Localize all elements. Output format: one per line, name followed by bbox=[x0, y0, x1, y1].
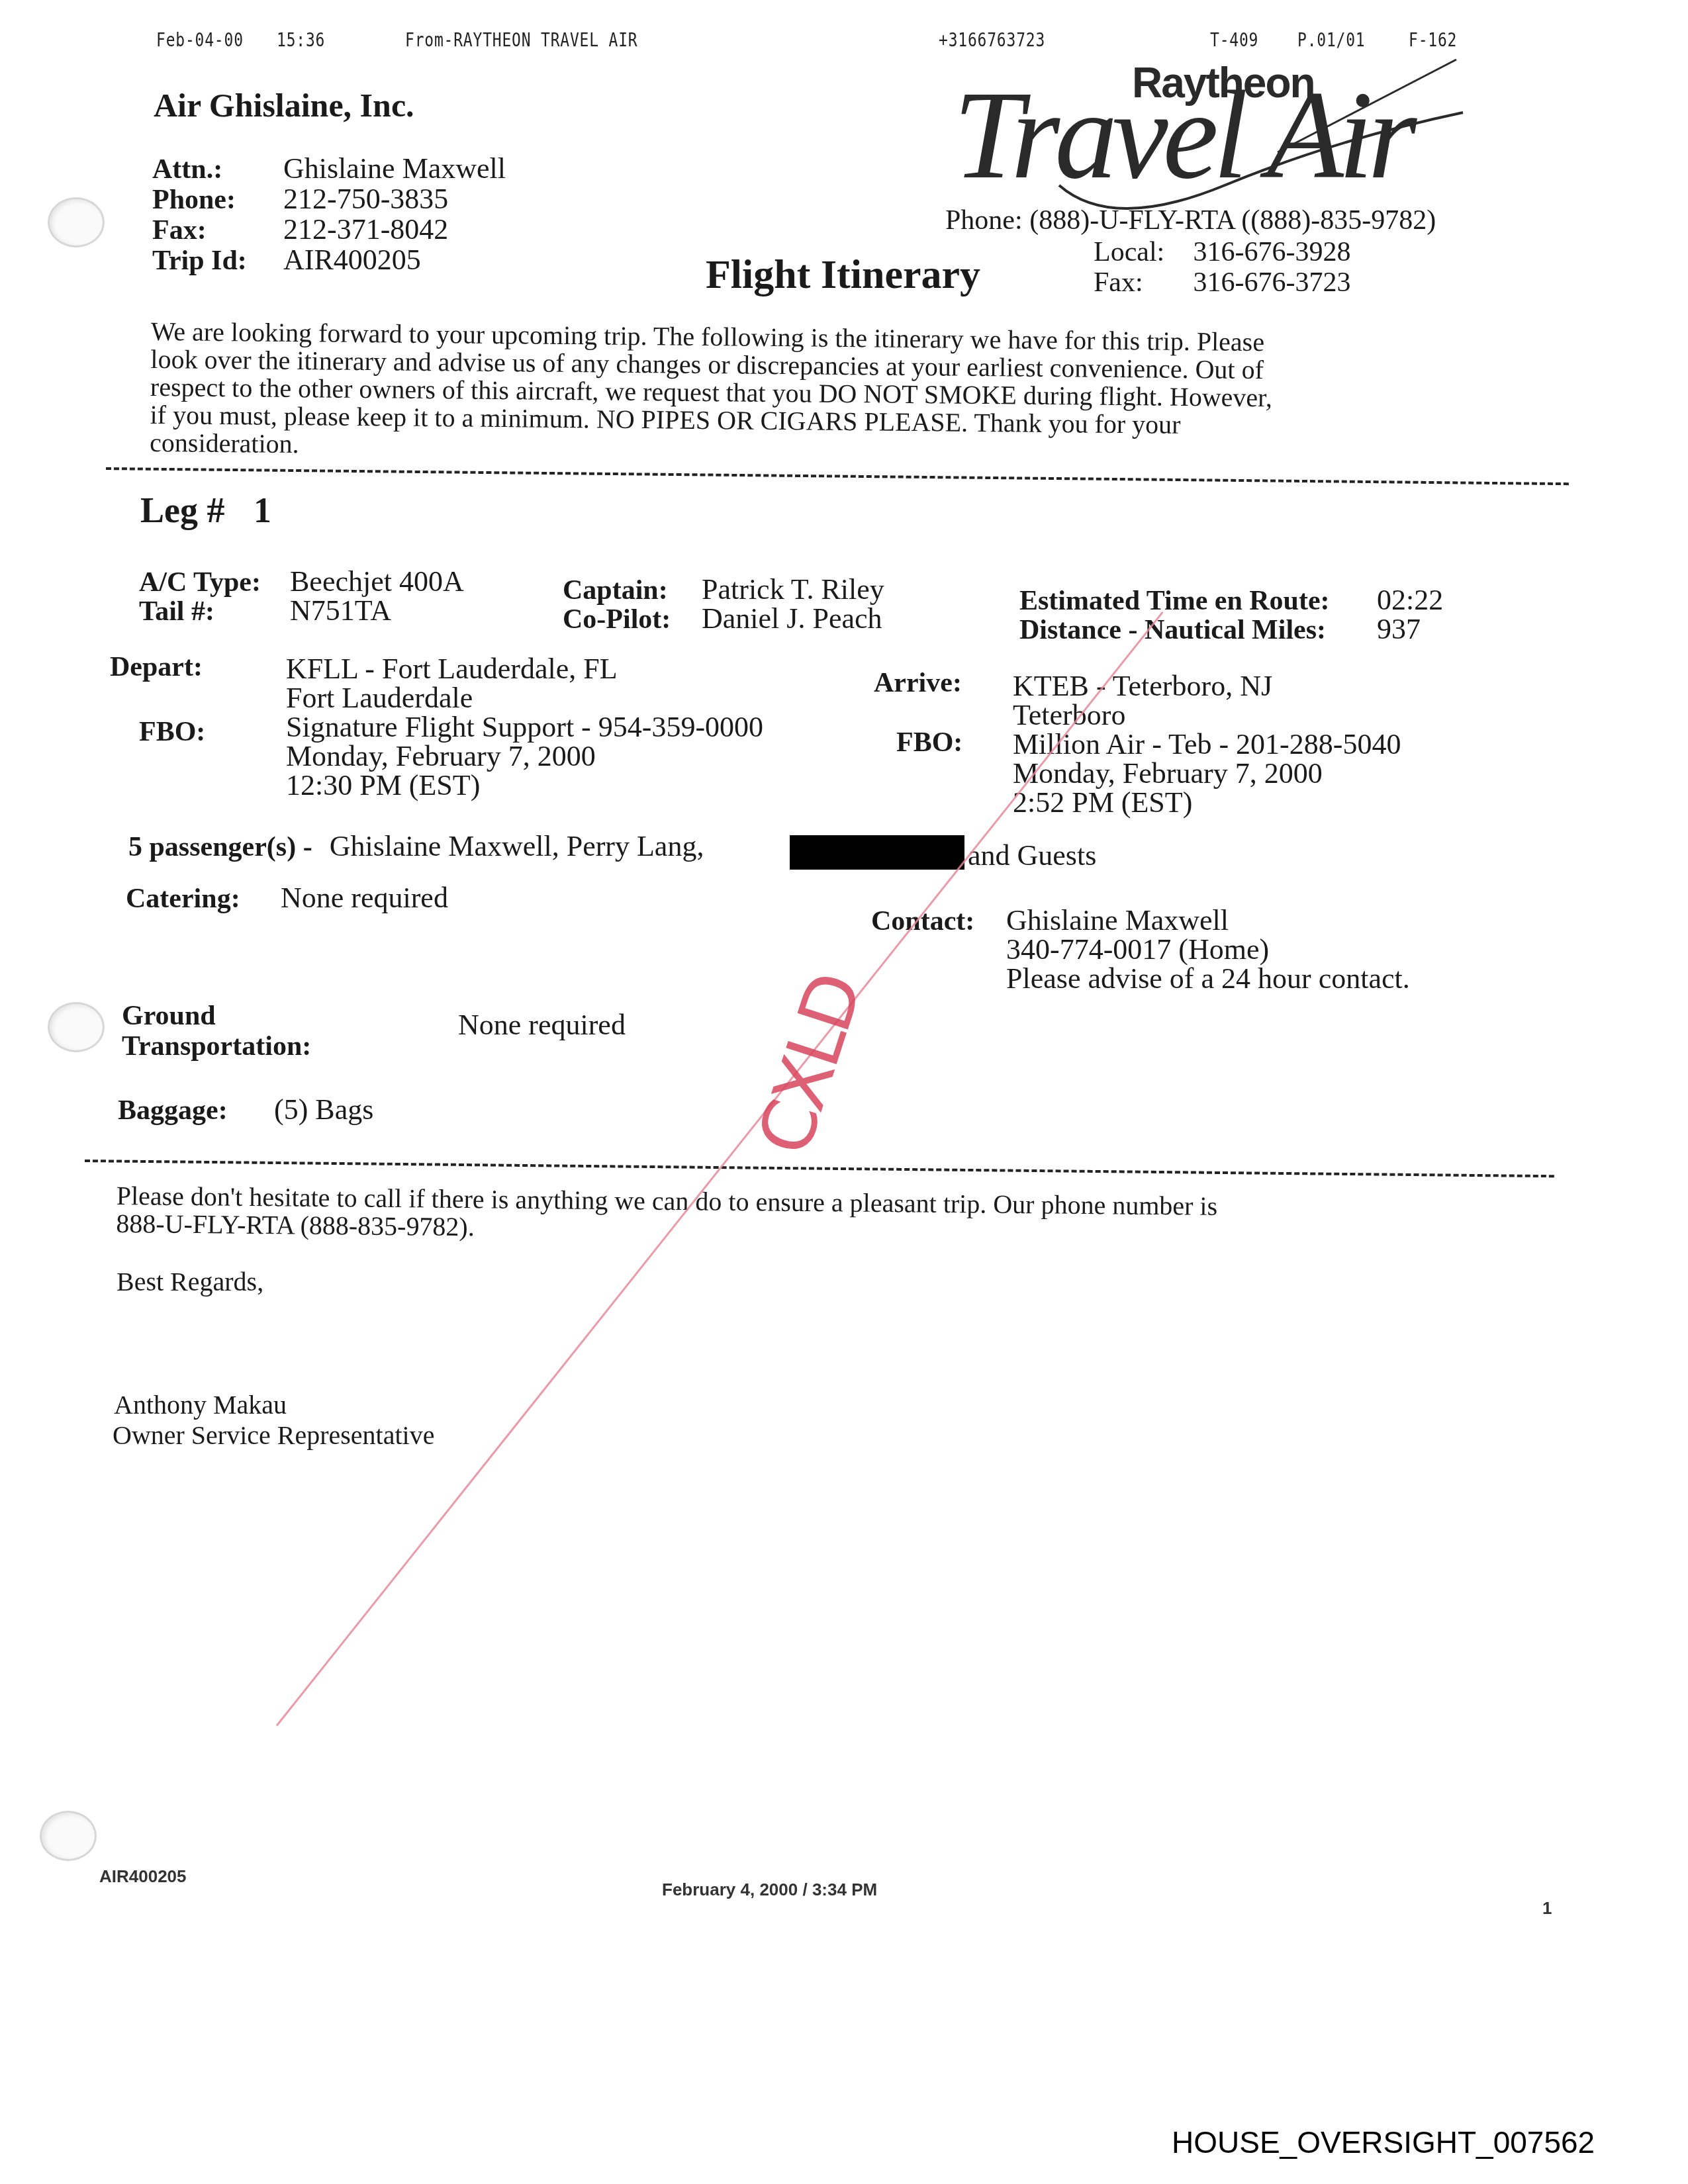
vendor-phone-value: (888)-U-FLY-RTA ((888)-835-9782) bbox=[1029, 205, 1436, 236]
ground-label-line2: Transportation: bbox=[122, 1031, 311, 1062]
signer-name: Anthony Makau bbox=[114, 1391, 287, 1419]
fax-transmission-id: T-409 bbox=[1210, 29, 1258, 51]
client-field-value: AIR400205 bbox=[283, 245, 421, 275]
leg-number: 1 bbox=[254, 490, 271, 530]
raytheon-travel-air-logo: Raytheon Travel Air bbox=[947, 53, 1529, 212]
fax-time: 15:36 bbox=[277, 29, 325, 51]
footer-printed-date: February 4, 2000 / 3:34 PM bbox=[662, 1880, 877, 1900]
client-field-value: 212-371-8042 bbox=[283, 214, 448, 245]
depart-airport: KFLL - Fort Lauderdale, FL bbox=[286, 654, 618, 684]
catering-row: Catering: None required bbox=[126, 883, 448, 915]
cancelled-handwritten-mark: CXLD bbox=[741, 966, 878, 1164]
client-field-attn: Attn.: Ghislaine Maxwell bbox=[152, 154, 506, 184]
vendor-local-value: 316-676-3928 bbox=[1194, 237, 1351, 267]
ground-transport-label: Ground Transportation: bbox=[122, 1001, 311, 1062]
client-field-value: 212-750-3835 bbox=[283, 184, 448, 214]
client-fields: Attn.: Ghislaine Maxwell Phone: 212-750-… bbox=[152, 154, 506, 275]
arrive-city: Teterboro bbox=[1013, 700, 1125, 731]
vendor-local-label: Local: bbox=[1094, 237, 1186, 267]
arrive-fbo: Million Air - Teb - 201-288-5040 bbox=[1013, 729, 1401, 760]
contact-label: Contact: bbox=[871, 905, 974, 937]
depart-fbo-label: FBO: bbox=[139, 716, 205, 748]
aircraft-type-label: A/C Type: bbox=[139, 567, 290, 596]
ete-value: 02:22 bbox=[1377, 585, 1443, 614]
fax-id: F-162 bbox=[1409, 29, 1457, 51]
footer-trip-code: AIR400205 bbox=[99, 1866, 187, 1887]
client-field-label: Trip Id: bbox=[152, 245, 283, 275]
baggage-value: (5) Bags bbox=[274, 1093, 373, 1126]
passengers-suffix: and Guests bbox=[968, 841, 1096, 871]
section-divider bbox=[106, 467, 1569, 485]
catering-value: None required bbox=[281, 882, 448, 914]
copilot-name: Daniel J. Peach bbox=[702, 604, 882, 633]
catering-label: Catering: bbox=[126, 883, 278, 915]
depart-label: Depart: bbox=[110, 651, 203, 683]
arrive-date: Monday, February 7, 2000 bbox=[1013, 758, 1323, 789]
ete-label: Estimated Time en Route: bbox=[1019, 585, 1377, 614]
document-title: Flight Itinerary bbox=[706, 251, 980, 298]
passengers-row: 5 passenger(s) - Ghislaine Maxwell, Perr… bbox=[128, 831, 704, 863]
redaction-box bbox=[790, 835, 964, 870]
captain-label: Captain: bbox=[563, 574, 702, 604]
copilot-label: Co-Pilot: bbox=[563, 604, 702, 633]
tail-number-label: Tail #: bbox=[139, 596, 290, 625]
binder-hole-icon bbox=[40, 1811, 97, 1861]
crew-block: Captain: Patrick T. Riley Co-Pilot: Dani… bbox=[563, 574, 884, 633]
client-field-label: Phone: bbox=[152, 184, 283, 214]
signer-title: Owner Service Representative bbox=[113, 1422, 434, 1449]
client-field-fax: Fax: 212-371-8042 bbox=[152, 214, 506, 245]
contact-name: Ghislaine Maxwell bbox=[1006, 905, 1229, 936]
vendor-fax-value: 316-676-3723 bbox=[1194, 267, 1351, 298]
leg-header: Leg # 1 bbox=[140, 490, 271, 531]
regards: Best Regards, bbox=[117, 1268, 263, 1296]
contact-note: Please advise of a 24 hour contact. bbox=[1006, 964, 1410, 994]
client-field-trip-id: Trip Id: AIR400205 bbox=[152, 245, 506, 275]
ground-label-line1: Ground bbox=[122, 1001, 311, 1031]
closing-paragraph: Please don't hesitate to call if there i… bbox=[116, 1182, 1507, 1251]
baggage-row: Baggage: (5) Bags bbox=[118, 1095, 373, 1126]
intro-paragraph: We are looking forward to your upcoming … bbox=[150, 318, 1528, 470]
fax-page: P.01/01 bbox=[1297, 29, 1366, 51]
vendor-phone-label: Phone: bbox=[945, 205, 1023, 236]
contact-phone: 340-774-0017 (Home) bbox=[1006, 934, 1269, 965]
client-field-value: Ghislaine Maxwell bbox=[283, 154, 506, 184]
aircraft-block: A/C Type: Beechjet 400A Tail #: N751TA bbox=[139, 567, 464, 625]
passengers-label: 5 passenger(s) - bbox=[128, 832, 312, 862]
depart-city: Fort Lauderdale bbox=[286, 683, 473, 713]
fax-phone: +3166763723 bbox=[939, 29, 1045, 51]
arrive-fbo-label: FBO: bbox=[896, 727, 962, 758]
logo-swoosh-icon bbox=[947, 53, 1529, 212]
baggage-label: Baggage: bbox=[118, 1095, 271, 1126]
leg-label: Leg # bbox=[140, 490, 225, 530]
distance-label: Distance - Nautical Miles: bbox=[1019, 614, 1377, 643]
footer-page-number: 1 bbox=[1542, 1898, 1552, 1919]
client-field-label: Fax: bbox=[152, 214, 283, 245]
arrive-time: 2:52 PM (EST) bbox=[1013, 788, 1192, 818]
tail-number: N751TA bbox=[290, 596, 391, 625]
depart-fbo: Signature Flight Support - 954-359-0000 bbox=[286, 712, 763, 743]
client-field-label: Attn.: bbox=[152, 154, 283, 184]
aircraft-type: Beechjet 400A bbox=[290, 567, 464, 596]
bates-number: HOUSE_OVERSIGHT_007562 bbox=[1172, 2124, 1595, 2160]
arrive-label: Arrive: bbox=[874, 667, 962, 699]
passengers-names: Ghislaine Maxwell, Perry Lang, bbox=[330, 830, 704, 862]
binder-hole-icon bbox=[48, 197, 105, 248]
binder-hole-icon bbox=[48, 1002, 105, 1052]
fax-date: Feb-04-00 bbox=[156, 29, 244, 51]
client-company: Air Ghislaine, Inc. bbox=[154, 86, 414, 124]
distance-value: 937 bbox=[1377, 614, 1421, 643]
vendor-fax: Fax: 316-676-3723 bbox=[1094, 267, 1350, 298]
vendor-fax-label: Fax: bbox=[1094, 267, 1186, 298]
captain-name: Patrick T. Riley bbox=[702, 574, 884, 604]
arrive-airport: KTEB - Teterboro, NJ bbox=[1013, 671, 1272, 702]
fax-from: From-RAYTHEON TRAVEL AIR bbox=[405, 29, 637, 51]
vendor-phone: Phone: (888)-U-FLY-RTA ((888)-835-9782) bbox=[945, 205, 1436, 236]
route-stats: Estimated Time en Route: 02:22 Distance … bbox=[1019, 585, 1443, 643]
ground-transport-value: None required bbox=[458, 1010, 626, 1040]
depart-date: Monday, February 7, 2000 bbox=[286, 741, 596, 772]
client-field-phone: Phone: 212-750-3835 bbox=[152, 184, 506, 214]
vendor-local: Local: 316-676-3928 bbox=[1094, 237, 1350, 267]
depart-time: 12:30 PM (EST) bbox=[286, 770, 480, 801]
